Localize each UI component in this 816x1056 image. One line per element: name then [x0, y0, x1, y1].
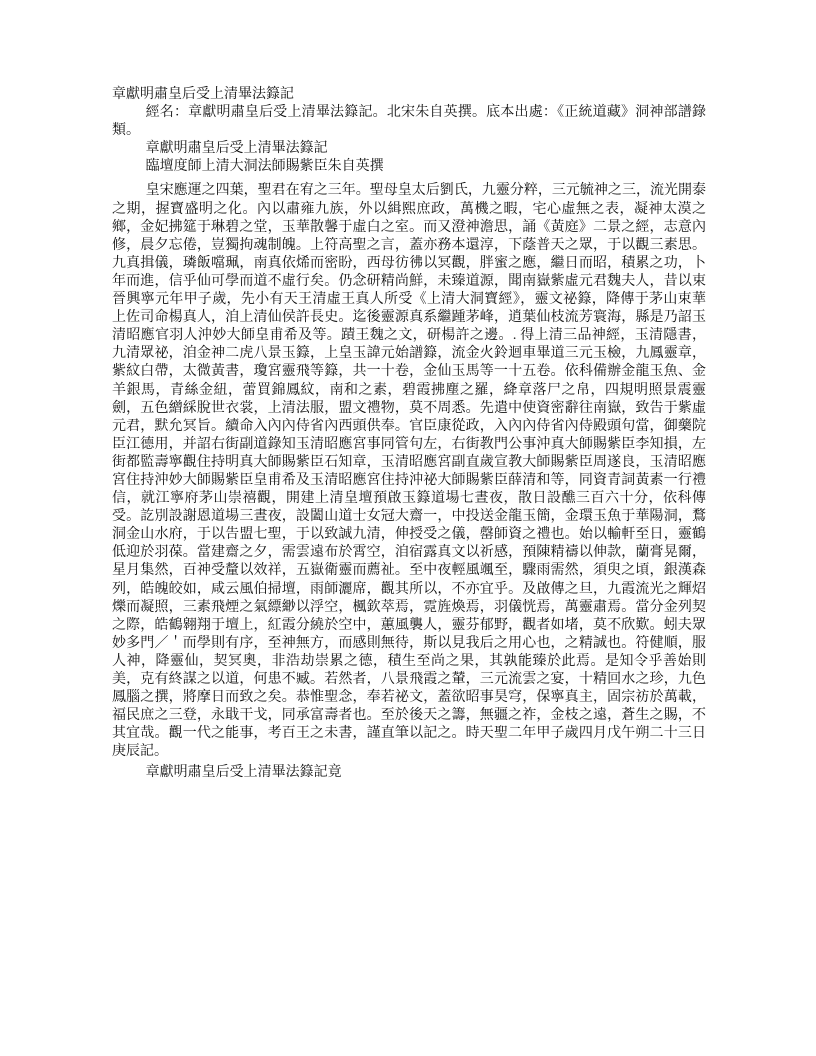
meta-line: 經名：章獻明肅皇后受上清畢法籙記。北宋朱自英撰。底本出處：《正統道藏》洞神部譜錄…: [112, 104, 706, 140]
body-paragraph: 皇宋應運之四葉，聖君在宥之三年。聖母皇太后劉氏，九靈分粹，三元毓神之三，流光開泰…: [112, 182, 706, 761]
document-title: 章獻明肅皇后受上清畢法籙記: [112, 86, 706, 104]
end-line: 章獻明肅皇后受上清畢法籙記竟: [112, 764, 706, 782]
document-text-block: 章獻明肅皇后受上清畢法籙記 經名：章獻明肅皇后受上清畢法籙記。北宋朱自英撰。底本…: [112, 86, 706, 783]
section-heading: 章獻明肅皇后受上清畢法籙記: [112, 140, 706, 158]
author-line: 臨壇度師上清大洞法師賜紫臣朱自英撰: [112, 158, 706, 176]
document-page: 章獻明肅皇后受上清畢法籙記 經名：章獻明肅皇后受上清畢法籙記。北宋朱自英撰。底本…: [0, 0, 816, 1056]
